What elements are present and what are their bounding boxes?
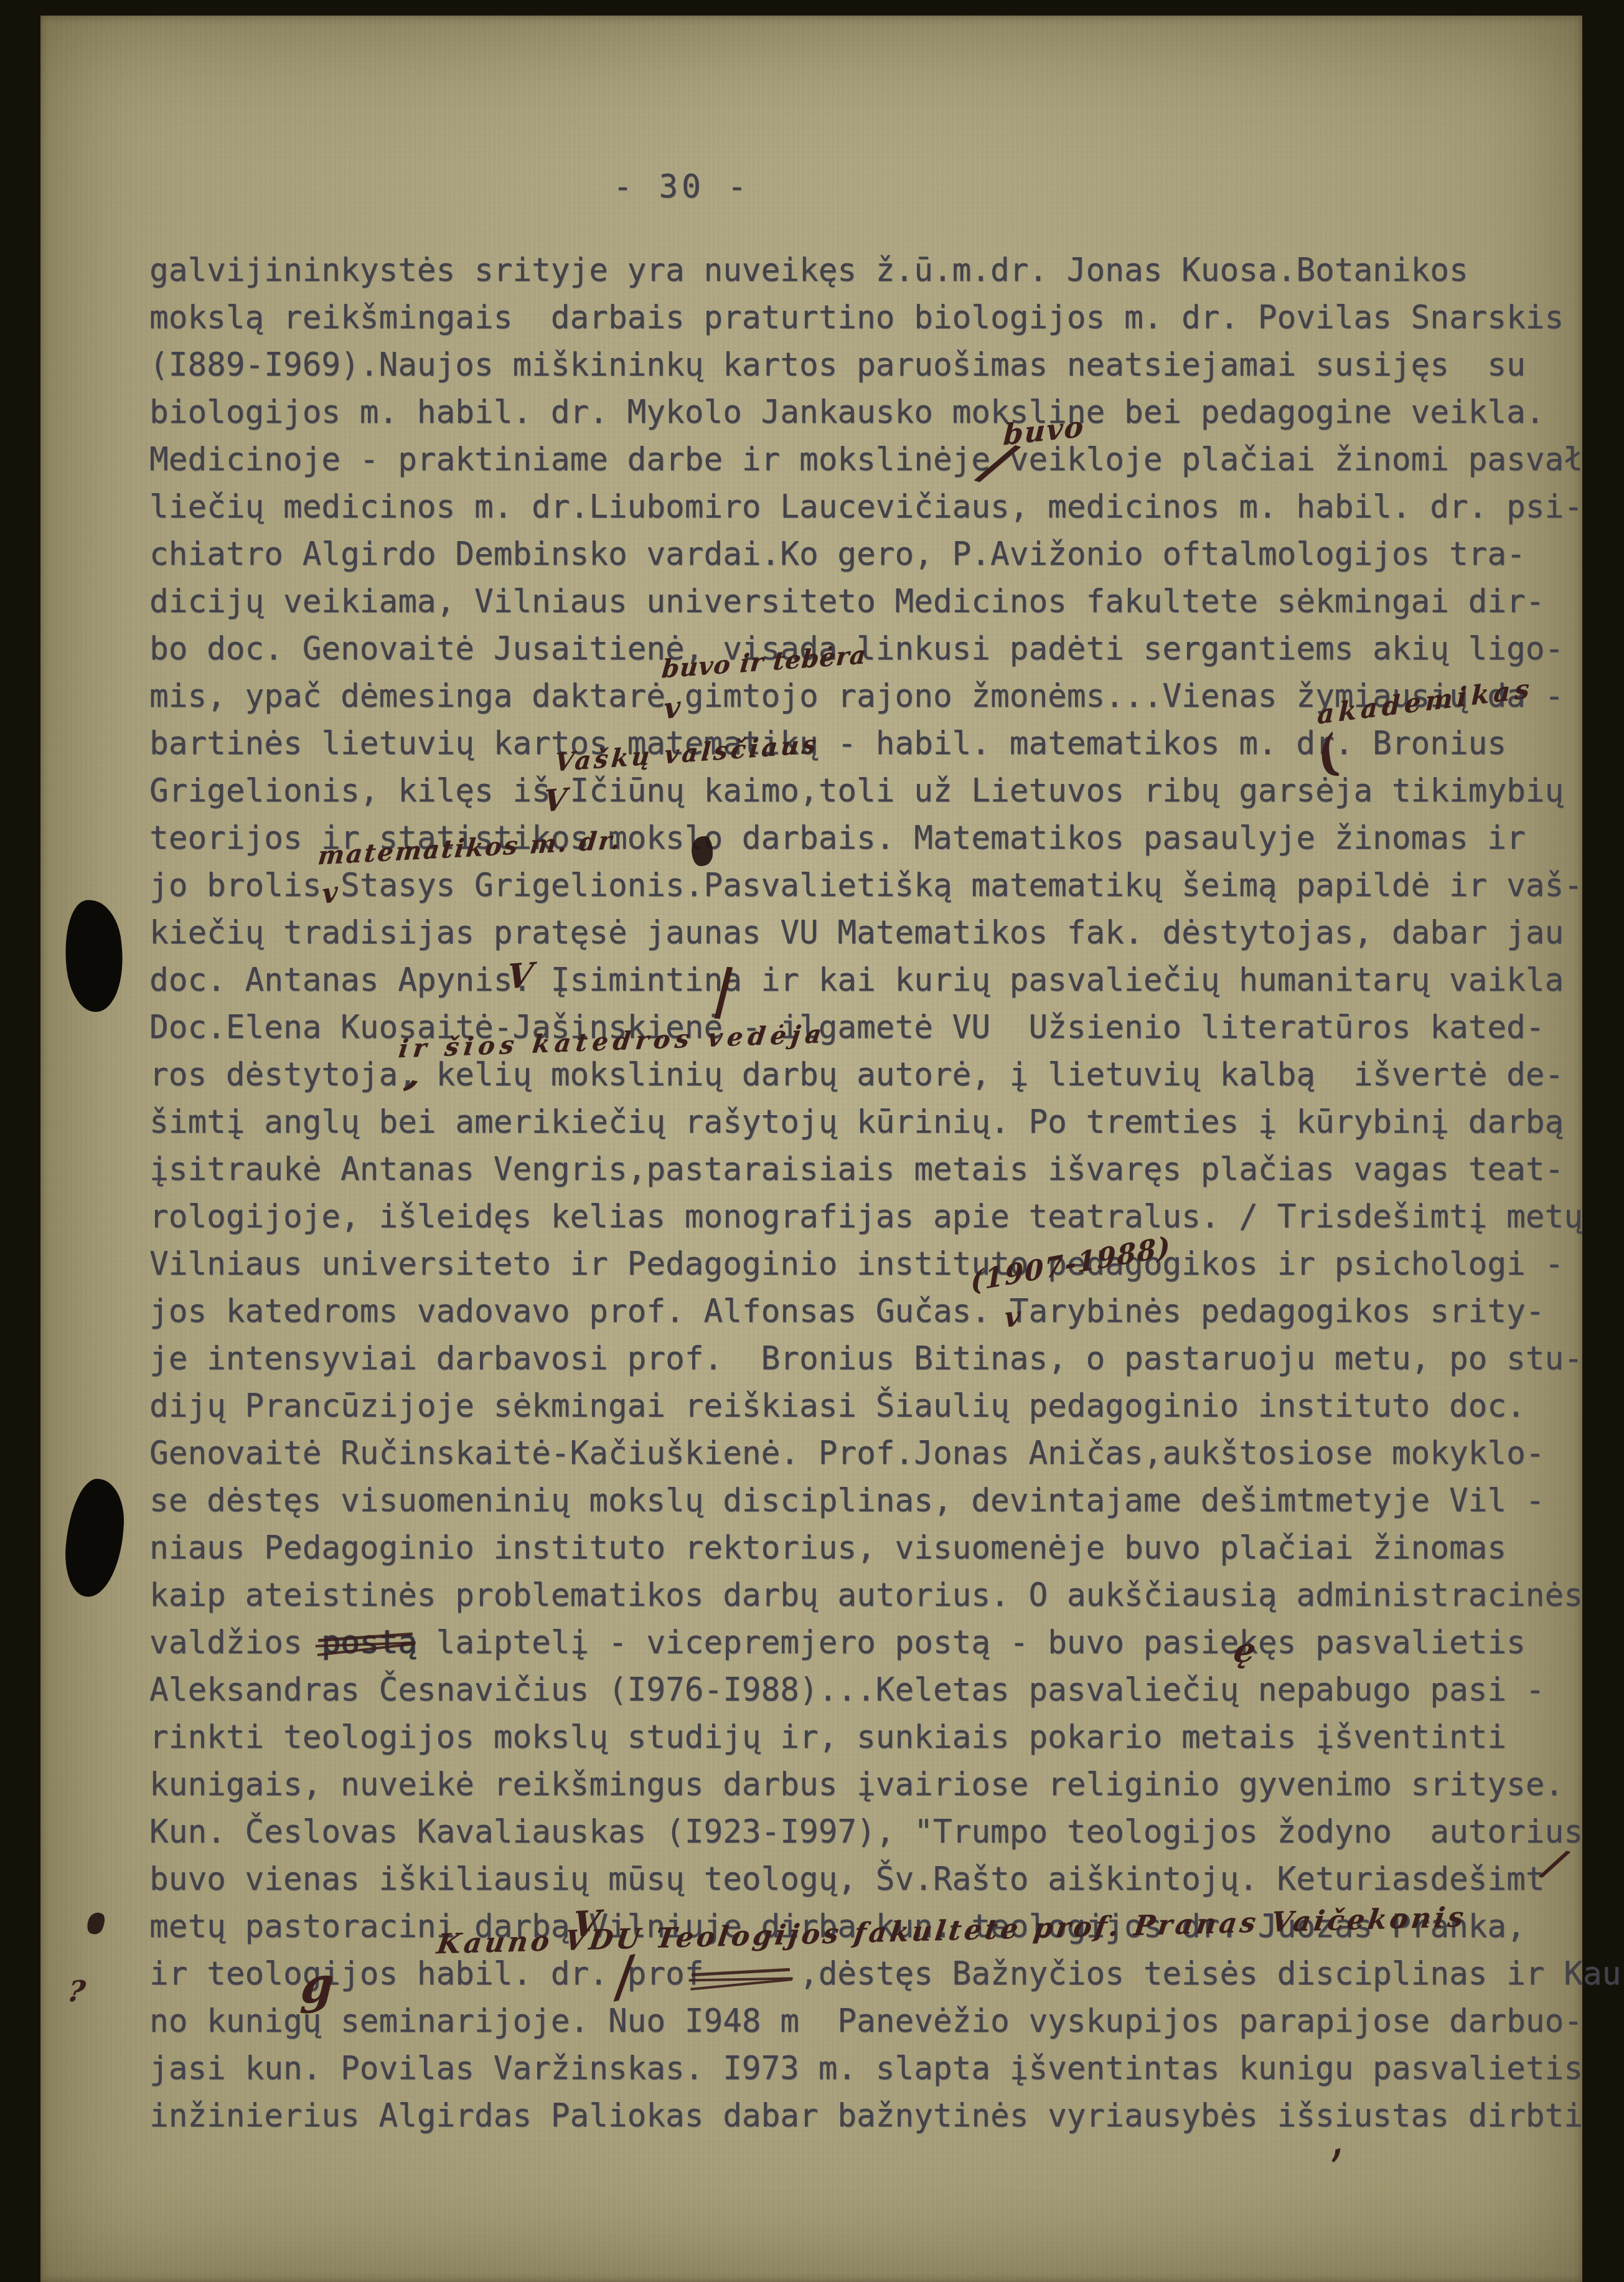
typed-line: Vilniaus universiteto ir Pedagoginio ins…	[149, 1241, 1582, 1288]
typed-line: Kun. Česlovas Kavaliauskas (I923-I997), …	[149, 1809, 1582, 1856]
typed-line: šimtį anglų bei amerikiečių rašytojų kūr…	[149, 1099, 1582, 1146]
typed-line: dijų Prancūzijoje sėkmingai reiškiasi Ši…	[149, 1383, 1582, 1430]
typed-line: jo brolis Stasys Grigelionis.Pasvalietiš…	[149, 862, 1582, 910]
typed-line: Genovaitė Ručinskaitė-Kačiuškienė. Prof.…	[149, 1430, 1582, 1478]
typed-line: biologijos m. habil. dr. Mykolo Jankausk…	[149, 389, 1582, 436]
typed-line: Medicinoje - praktiniame darbe ir moksli…	[149, 436, 1582, 484]
punch-hole	[60, 897, 128, 1015]
typed-line: niaus Pedagoginio instituto rektorius, v…	[149, 1525, 1582, 1572]
typed-line: liečių medicinos m. dr.Liubomiro Laucevi…	[149, 484, 1582, 531]
typed-line: se dėstęs visuomeninių mokslų disciplina…	[149, 1478, 1582, 1525]
typed-line: je intensyviai darbavosi prof. Bronius B…	[149, 1336, 1582, 1383]
margin-question-mark: ?	[66, 1977, 87, 2006]
page-number: - 30 -	[613, 169, 750, 205]
scanner-background: - 30 - galvijininkystės srityje yra nuve…	[0, 0, 1624, 2282]
typed-line: dicijų veikiama, Vilniaus universiteto M…	[149, 578, 1582, 626]
typed-line: ir teologijos habil. dr. prof ,dėstęs Ba…	[149, 1951, 1582, 1998]
typed-line: valdžios postą laiptelį - vicepremjero p…	[149, 1620, 1582, 1667]
typed-line: rinkti teologijos mokslų studijų ir, sun…	[149, 1714, 1582, 1761]
typed-line: Aleksandras Česnavičius (I976-I988)...Ke…	[149, 1667, 1582, 1714]
typed-line: inžinierius Algirdas Paliokas dabar bažn…	[149, 2093, 1582, 2140]
typed-line: mokslą reikšmingais darbais praturtino b…	[149, 295, 1582, 342]
typed-line: kunigais, nuveikė reikšmingus darbus įva…	[149, 1761, 1582, 1809]
typewritten-text: galvijininkystės srityje yra nuveikęs ž.…	[149, 247, 1582, 2140]
punch-hole	[62, 1476, 128, 1599]
typed-line: kiečių tradisijas pratęsė jaunas VU Mate…	[149, 910, 1582, 957]
typed-line: bo doc. Genovaitė Jusaitienė, visada lin…	[149, 626, 1582, 673]
typed-line: no kunigų seminarijoje. Nuo I948 m Panev…	[149, 1998, 1582, 2045]
typed-line: Doc.Elena Kuosaitė-Jašinskienė - ilgamet…	[149, 1004, 1582, 1052]
typed-line: galvijininkystės srityje yra nuveikęs ž.…	[149, 247, 1582, 295]
typed-line: jasi kun. Povilas Varžinskas. I973 m. sl…	[149, 2045, 1582, 2093]
typed-line: jos katedroms vadovavo prof. Alfonsas Gu…	[149, 1288, 1582, 1336]
typed-line: bartinės lietuvių kartos matematikų - ha…	[149, 720, 1582, 768]
typed-line: rologijoje, išleidęs kelias monografijas…	[149, 1194, 1582, 1241]
crossed-out-word: postą	[321, 1624, 417, 1661]
typed-line: mis, ypač dėmesinga daktarė gimtojo rajo…	[149, 673, 1582, 720]
typed-line: buvo vienas iškiliausių mūsų teologų, Šv…	[149, 1856, 1582, 1903]
typed-line: įsitraukė Antanas Vengris,pastaraisiais …	[149, 1146, 1582, 1194]
ink-blot	[85, 1910, 108, 1937]
typed-segment: laiptelį - vicepremjero postą - buvo pas…	[417, 1624, 1526, 1661]
document-page: - 30 - galvijininkystės srityje yra nuve…	[40, 16, 1582, 2282]
typed-segment: valdžios	[149, 1624, 321, 1661]
typed-line: chiatro Algirdo Dembinsko vardai.Ko gero…	[149, 531, 1582, 578]
typed-line: teorijos ir statistikos mokslo darbais. …	[149, 815, 1582, 862]
typed-line: ros dėstytoja, kelių mokslinių darbų aut…	[149, 1052, 1582, 1099]
typed-line: doc. Antanas Apynis. Įsimintina ir kai k…	[149, 957, 1582, 1004]
typed-line: kaip ateistinės problematikos darbų auto…	[149, 1572, 1582, 1620]
typed-line: metų pastoracinį darbą Vilniuje dirba ku…	[149, 1903, 1582, 1951]
typed-line: Grigelionis, kilęs iš Ičiūnų kaimo,toli …	[149, 768, 1582, 815]
typed-line: (I889-I969).Naujos miškininkų kartos par…	[149, 342, 1582, 389]
